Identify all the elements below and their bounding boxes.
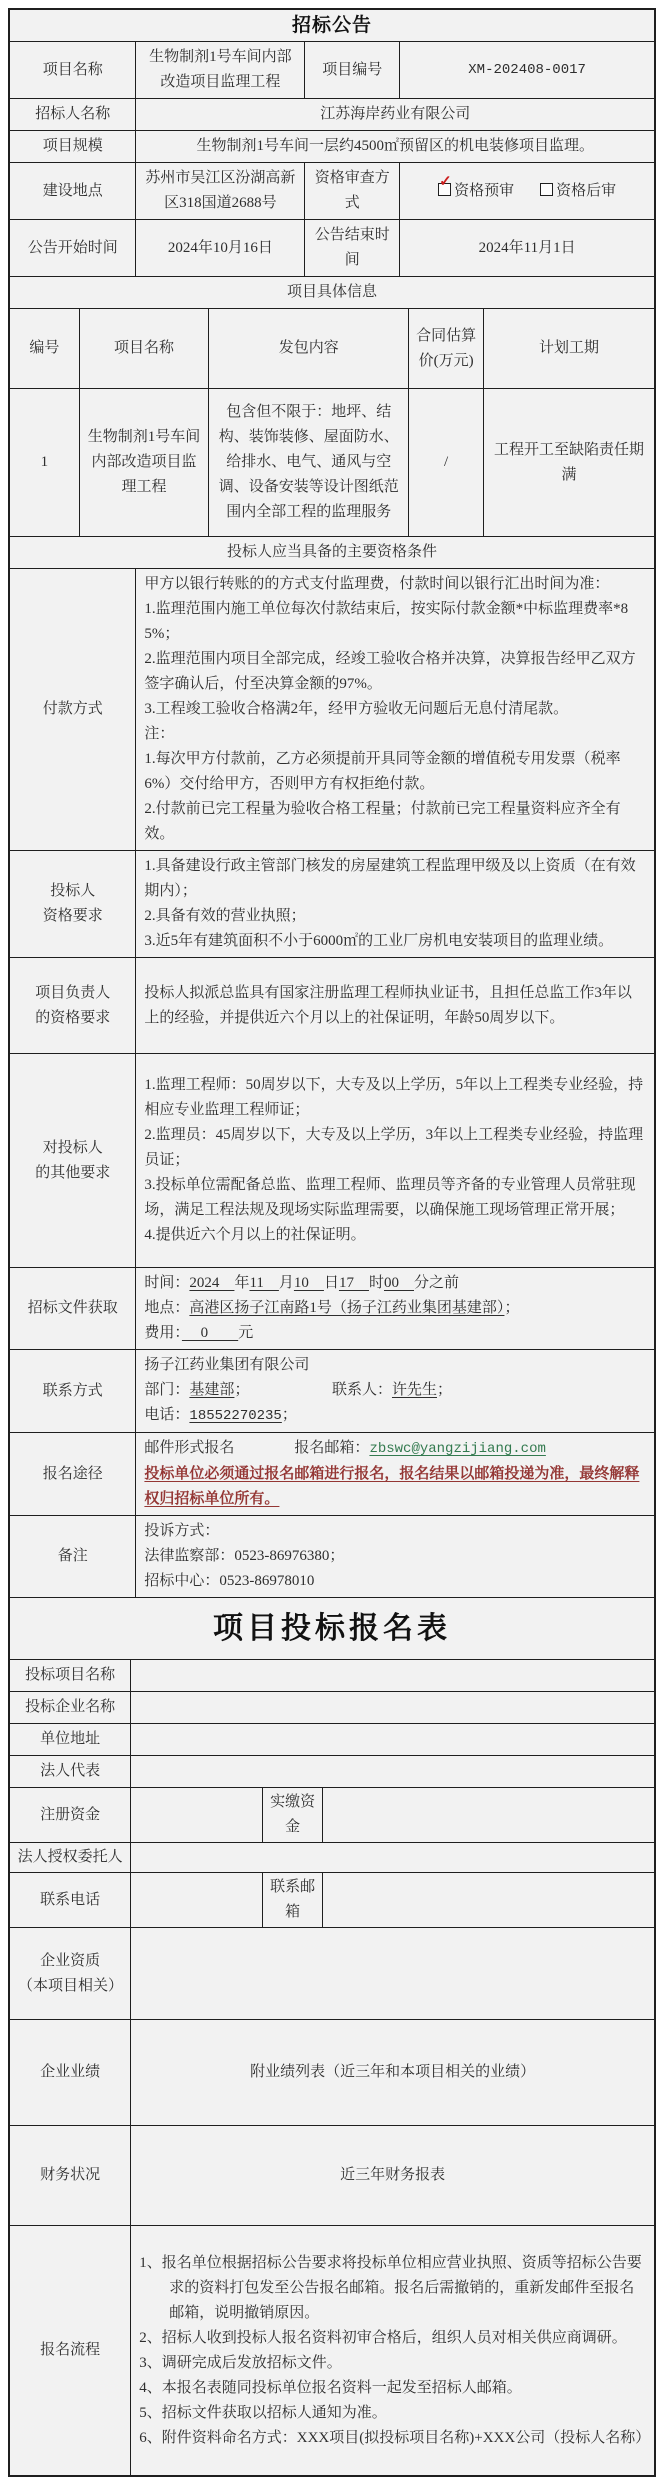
table-row: 单位地址 bbox=[10, 1724, 655, 1756]
label-announcement-start-time: 公告开始时间 bbox=[10, 220, 136, 277]
postqualification-label: 资格后审 bbox=[556, 183, 616, 199]
label-bid-company-name: 投标企业名称 bbox=[10, 1692, 131, 1724]
table-row: 1 生物制剂1号车间内部改造项目监理工程 包含但不限于：地坪、结构、装饰装修、屋… bbox=[10, 389, 655, 537]
label-contact-method: 联系方式 bbox=[10, 1350, 136, 1433]
detail-row-planned-duration: 工程开工至缺陷责任期满 bbox=[484, 389, 655, 537]
pm-qualification-value: 投标人拟派总监具有国家注册监理工程师执业证书，且担任总监工作3年以上的经验，并提… bbox=[136, 958, 655, 1054]
label-pm-qualification: 项目负责人 的资格要求 bbox=[10, 958, 136, 1054]
project-detail-table: 项目具体信息 编号 项目名称 发包内容 合同估算价(万元) 计划工期 1 生物制… bbox=[9, 276, 655, 569]
label-bid-project-name: 投标项目名称 bbox=[10, 1660, 131, 1692]
signup-warning-text: 投标单位必须通过报名邮箱进行报名，报名结果以邮箱投递为准，最终解释权归招标单位所… bbox=[144, 1462, 646, 1512]
table-row: 投标项目名称 bbox=[10, 1660, 655, 1692]
col-header-number: 编号 bbox=[10, 309, 80, 389]
doc-obtain-fee-line: 费用： 0 元 bbox=[144, 1321, 646, 1346]
col-header-project-name: 项目名称 bbox=[79, 309, 209, 389]
prequalification-label: 资格预审 bbox=[454, 183, 514, 199]
label-signup-channel: 报名途径 bbox=[10, 1433, 136, 1516]
table-row: 项目负责人 的资格要求 投标人拟派总监具有国家注册监理工程师执业证书，且担任总监… bbox=[10, 958, 655, 1054]
label-announcement-end-time: 公告结束时间 bbox=[305, 220, 400, 277]
financial-status-value: 近三年财务报表 bbox=[131, 2126, 655, 2226]
table-row: 付款方式 甲方以银行转账的的方式支付监理费，付款时间以银行汇出时间为准： 1.监… bbox=[10, 569, 655, 851]
label-project-name: 项目名称 bbox=[10, 42, 136, 99]
other-requirements-value: 1.监理工程师：50周岁以下，大专及以上学历，5年以上工程类专业经验，持相应专业… bbox=[136, 1054, 655, 1268]
label-qualification-review-method: 资格审查方式 bbox=[305, 163, 400, 220]
bid-company-name-input-cell bbox=[131, 1692, 655, 1724]
table-row: 企业业绩 附业绩列表（近三年和本项目相关的业绩） bbox=[10, 2020, 655, 2126]
table-row: 注册资金 实缴资金 bbox=[10, 1788, 655, 1843]
paid-in-capital-input-cell bbox=[322, 1788, 654, 1843]
label-company-qualification: 企业资质 （本项目相关） bbox=[10, 1928, 131, 2020]
signup-channel-value: 邮件形式报名 报名邮箱：zbswc@yangzijiang.com 投标单位必须… bbox=[136, 1433, 655, 1516]
label-bidder-qualification: 投标人 资格要求 bbox=[10, 851, 136, 958]
document-page: 招标公告 项目名称 生物制剂1号车间内部改造项目监理工程 项目编号 XM-202… bbox=[0, 0, 664, 2485]
company-performance-value: 附业绩列表（近三年和本项目相关的业绩） bbox=[131, 2020, 655, 2126]
table-row: 投标人 资格要求 1.具备建设行政主管部门核发的房屋建筑工程监理甲级及以上资质（… bbox=[10, 851, 655, 958]
table-row: 联系方式 扬子江药业集团有限公司 部门：基建部； 联系人：许先生； 电话：185… bbox=[10, 1350, 655, 1433]
check-icon: ✓ bbox=[439, 175, 452, 190]
col-header-planned-duration: 计划工期 bbox=[484, 309, 655, 389]
label-registered-capital: 注册资金 bbox=[10, 1788, 131, 1843]
contact-email-input-cell bbox=[322, 1873, 654, 1928]
section-project-detail: 项目具体信息 bbox=[10, 277, 655, 309]
label-company-performance: 企业业绩 bbox=[10, 2020, 131, 2126]
table-row: 法人授权委托人 bbox=[10, 1843, 655, 1873]
bidder-qualification-value: 1.具备建设行政主管部门核发的房屋建筑工程监理甲级及以上资质（在有效期内）； 2… bbox=[136, 851, 655, 958]
label-authorized-agent: 法人授权委托人 bbox=[10, 1843, 131, 1873]
table-row: 报名途径 邮件形式报名 报名邮箱：zbswc@yangzijiang.com 投… bbox=[10, 1433, 655, 1516]
section-bidder-qualification: 投标人应当具备的主要资格条件 bbox=[10, 537, 655, 569]
construction-site-value: 苏州市吴江区汾湖高新区318国道2688号 bbox=[136, 163, 305, 220]
table-row: 投标企业名称 bbox=[10, 1692, 655, 1724]
prequalification-checkbox-checked[interactable]: ✓ bbox=[438, 183, 451, 196]
contact-company-line: 扬子江药业集团有限公司 bbox=[144, 1353, 646, 1378]
col-header-contract-content: 发包内容 bbox=[209, 309, 409, 389]
table-row: 联系电话 联系邮箱 bbox=[10, 1873, 655, 1928]
company-qualification-input-cell bbox=[131, 1928, 655, 2020]
table-row: 企业资质 （本项目相关） bbox=[10, 1928, 655, 2020]
label-contact-phone: 联系电话 bbox=[10, 1873, 131, 1928]
table-row: 对投标人 的其他要求 1.监理工程师：50周岁以下，大专及以上学历，5年以上工程… bbox=[10, 1054, 655, 1268]
table-row: 财务状况 近三年财务报表 bbox=[10, 2126, 655, 2226]
registered-capital-input-cell bbox=[131, 1788, 263, 1843]
authorized-agent-input-cell bbox=[131, 1843, 655, 1873]
project-name-value: 生物制剂1号车间内部改造项目监理工程 bbox=[136, 42, 305, 99]
label-payment-method: 付款方式 bbox=[10, 569, 136, 851]
table-row: 报名流程 1、报名单位根据招标公告要求将投标单位相应营业执照、资质等招标公告要求… bbox=[10, 2226, 655, 2476]
label-remark: 备注 bbox=[10, 1516, 136, 1598]
bid-document: 招标公告 项目名称 生物制剂1号车间内部改造项目监理工程 项目编号 XM-202… bbox=[8, 8, 656, 2477]
label-company-address: 单位地址 bbox=[10, 1724, 131, 1756]
registration-form-table: 项目投标报名表 投标项目名称 投标企业名称 单位地址 法人代表 注册资金 bbox=[9, 1597, 655, 2476]
table-row: 备注 投诉方式： 法律监察部：0523-86976380； 招标中心：0523-… bbox=[10, 1516, 655, 1598]
postqualification-checkbox-unchecked[interactable] bbox=[540, 183, 553, 196]
announcement-header-table: 招标公告 项目名称 生物制剂1号车间内部改造项目监理工程 项目编号 XM-202… bbox=[9, 9, 655, 277]
detail-row-contract-content: 包含但不限于：地坪、结构、装饰装修、屋面防水、给排水、电气、通风与空调、设备安装… bbox=[209, 389, 409, 537]
label-paid-in-capital: 实缴资金 bbox=[263, 1788, 322, 1843]
remark-value: 投诉方式： 法律监察部：0523-86976380； 招标中心：0523-869… bbox=[136, 1516, 655, 1598]
signup-process-value: 1、报名单位根据招标公告要求将投标单位相应营业执照、资质等招标公告要求的资料打包… bbox=[131, 2226, 655, 2476]
announcement-start-time-value: 2024年10月16日 bbox=[136, 220, 305, 277]
legal-representative-input-cell bbox=[131, 1756, 655, 1788]
label-financial-status: 财务状况 bbox=[10, 2126, 131, 2226]
label-project-number: 项目编号 bbox=[305, 42, 400, 99]
contact-phone-input-cell bbox=[131, 1873, 263, 1928]
requirements-table: 付款方式 甲方以银行转账的的方式支付监理费，付款时间以银行汇出时间为准： 1.监… bbox=[9, 568, 655, 1598]
tenderer-name-value: 江苏海岸药业有限公司 bbox=[136, 99, 655, 131]
table-row: 法人代表 bbox=[10, 1756, 655, 1788]
label-other-requirements: 对投标人 的其他要求 bbox=[10, 1054, 136, 1268]
doc-obtain-place-line: 地点：高港区扬子江南路1号（扬子江药业集团基建部）； bbox=[144, 1296, 646, 1321]
doc-obtain-time-line: 时间：2024 年11 月10 日17 时00 分之前 bbox=[144, 1271, 646, 1296]
doc-obtain-value: 时间：2024 年11 月10 日17 时00 分之前 地点：高港区扬子江南路1… bbox=[136, 1268, 655, 1350]
contact-phone-line: 电话：18552270235； bbox=[144, 1403, 646, 1429]
project-scale-value: 生物制剂1号车间一层约4500㎡预留区的机电装修项目监理。 bbox=[136, 131, 655, 163]
label-contact-email: 联系邮箱 bbox=[263, 1873, 322, 1928]
detail-row-estimated-price: / bbox=[409, 389, 484, 537]
announcement-end-time-value: 2024年11月1日 bbox=[400, 220, 655, 277]
project-number-value: XM-202408-0017 bbox=[400, 42, 655, 99]
signup-email-line[interactable]: 邮件形式报名 报名邮箱：zbswc@yangzijiang.com bbox=[144, 1436, 646, 1462]
detail-row-number: 1 bbox=[10, 389, 80, 537]
table-row: 招标文件获取 时间：2024 年11 月10 日17 时00 分之前 地点：高港… bbox=[10, 1268, 655, 1350]
label-doc-obtain: 招标文件获取 bbox=[10, 1268, 136, 1350]
contact-method-value: 扬子江药业集团有限公司 部门：基建部； 联系人：许先生； 电话：18552270… bbox=[136, 1350, 655, 1433]
label-legal-representative: 法人代表 bbox=[10, 1756, 131, 1788]
detail-row-project-name: 生物制剂1号车间内部改造项目监理工程 bbox=[79, 389, 209, 537]
payment-method-value: 甲方以银行转账的的方式支付监理费，付款时间以银行汇出时间为准： 1.监理范围内施… bbox=[136, 569, 655, 851]
announcement-title: 招标公告 bbox=[10, 10, 655, 42]
label-project-scale: 项目规模 bbox=[10, 131, 136, 163]
label-signup-process: 报名流程 bbox=[10, 2226, 131, 2476]
contact-department-line: 部门：基建部； 联系人：许先生； bbox=[144, 1378, 646, 1403]
company-address-input-cell bbox=[131, 1724, 655, 1756]
qualification-review-options: ✓资格预审资格后审 bbox=[400, 163, 655, 220]
label-construction-site: 建设地点 bbox=[10, 163, 136, 220]
registration-form-title: 项目投标报名表 bbox=[10, 1598, 655, 1660]
bid-project-name-input-cell bbox=[131, 1660, 655, 1692]
col-header-estimated-price: 合同估算价(万元) bbox=[409, 309, 484, 389]
label-tenderer-name: 招标人名称 bbox=[10, 99, 136, 131]
